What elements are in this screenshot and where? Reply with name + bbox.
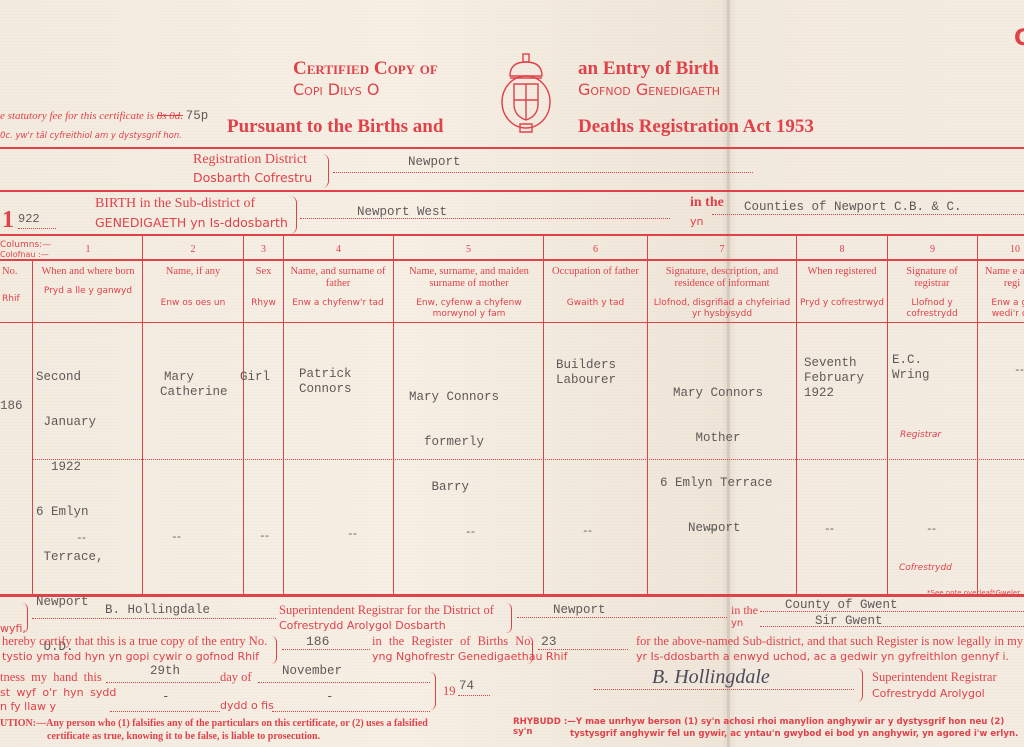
column-header-born: When and where bornPryd a lle y ganwyd xyxy=(38,266,138,297)
corner-letter: C xyxy=(1014,26,1024,51)
cell-when-registered: Seventh February 1922 xyxy=(804,356,864,401)
column-number: 3 xyxy=(244,244,283,255)
column-number: 8 xyxy=(797,244,887,255)
column-header-no: No.Rhif xyxy=(0,266,34,305)
column-number: 7 xyxy=(648,244,796,255)
in-the-label-welsh: yn xyxy=(690,215,703,228)
signature: B. Hollingdale xyxy=(652,666,770,689)
cell-name: Mary Catherine xyxy=(160,370,228,400)
see-note-welsh: *Gweler xyxy=(992,589,1020,597)
year-prefix: 1 xyxy=(2,208,14,232)
legal-text-welsh: yr Is-ddosbarth a enwyd uchod, ac a gedw… xyxy=(636,650,1009,663)
caution-text-1: UTION:—Any person who (1) falsifies any … xyxy=(0,718,428,729)
column-header-registrar: Signature of registrarLlofnod y cofrestr… xyxy=(890,266,974,320)
cell-registrar-signature: E.C. Wring xyxy=(892,353,930,383)
day-of-label-welsh: dydd o fis xyxy=(220,699,274,712)
rule xyxy=(0,147,1024,149)
cell-sex: Girl xyxy=(240,370,270,385)
blank-marker: -- xyxy=(171,532,180,544)
column-header-mother: Name, surname, and maiden surname of mot… xyxy=(398,266,540,320)
registrar-label-welsh: Cofrestrydd xyxy=(899,563,952,573)
column-header-sex: SexRhyw xyxy=(244,266,283,309)
column-number: 5 xyxy=(394,244,543,255)
register-label-welsh: yng Nghofrestr Genedigaethau Rhif xyxy=(372,650,567,663)
column-number: 9 xyxy=(888,244,977,255)
blank-marker: -- xyxy=(582,526,591,538)
blank-marker: -- xyxy=(465,527,474,539)
district-value: Newport xyxy=(408,155,461,170)
royal-coat-of-arms-icon xyxy=(498,52,554,136)
legal-text: for the above-named Sub-district, and th… xyxy=(636,634,1023,649)
fee-text-welsh: 0c. yw'r tâl cyfreithiol am y dystysgrif… xyxy=(0,131,182,141)
cell-mother: Mary Connors formerly Barry xyxy=(409,360,499,510)
column-number: 10 xyxy=(1010,244,1024,255)
county-value: Counties of Newport C.B. & C. xyxy=(744,200,962,215)
certification-district: Newport xyxy=(553,603,606,618)
register-label: in the Register of Births No. xyxy=(372,634,534,649)
cell-father: Patrick Connors xyxy=(299,367,352,397)
day-value: 29th xyxy=(150,664,180,679)
day-of-label: day of xyxy=(220,670,252,685)
in-the-label: in the xyxy=(690,195,724,211)
witness-text-welsh-1: st wyf o'r hyn sydd xyxy=(0,686,116,699)
column-header-father: Name, and surname of fatherEnw a chyfenw… xyxy=(286,266,390,309)
blank-marker: -- xyxy=(707,524,716,536)
blank-marker: -- xyxy=(347,529,356,541)
month-welsh-value: - xyxy=(326,690,334,705)
certify-text-welsh: tystio yma fod hyn yn gopi cywir o gofno… xyxy=(2,650,259,663)
cell-informant: Mary Connors Mother 6 Emlyn Terrace Newp… xyxy=(660,356,773,551)
cell-col10: -- xyxy=(1014,365,1023,377)
entry-number: 186 xyxy=(0,399,23,414)
witness-text: tness my hand this xyxy=(0,670,102,685)
title-certified-copy: Certified Copy of xyxy=(293,58,438,80)
fee-text: e statutory fee for this certificate is … xyxy=(0,109,208,124)
fee-struck: 8s 0d. xyxy=(157,110,183,122)
rule xyxy=(0,234,1024,236)
subtitle-left: Pursuant to the Births and xyxy=(227,116,443,138)
year-prefix-19: 19 xyxy=(443,684,456,699)
cert-in-the: in the xyxy=(731,603,758,618)
superintendent-name: B. Hollingdale xyxy=(105,603,210,618)
caution-text-2: certificate as true, knowing it to be fa… xyxy=(47,731,320,742)
district-label-welsh: Dosbarth Cofrestru xyxy=(193,170,312,185)
sr-label: Superintendent Registrar for the Distric… xyxy=(279,603,494,618)
subdistrict-label-welsh: GENEDIGAETH yn Is-ddosbarth xyxy=(95,215,288,230)
blank-marker: -- xyxy=(259,531,268,543)
certify-text: hereby certify that this is a true copy … xyxy=(2,634,267,649)
sr-label-welsh: Cofrestrydd Arolygol Dosbarth xyxy=(279,619,446,632)
title-gofnod: Gofnod Genedigaeth xyxy=(578,80,720,99)
column-number: 4 xyxy=(284,244,393,255)
cert-entry-no: 186 xyxy=(306,634,329,649)
blank-marker: -- xyxy=(76,533,85,545)
column-header-when-registered: When registeredPryd y cofrestrwyd xyxy=(797,266,887,309)
column-header-col10: Name e after regiEnw a go wedi'r co xyxy=(982,266,1024,320)
rule xyxy=(0,190,1024,192)
title-entry-of-birth: an Entry of Birth xyxy=(578,58,719,80)
cell-when-where-born: Second January 1922 6 Emlyn Terrace, New… xyxy=(36,340,104,670)
column-header-informant: Signature, description, and residence of… xyxy=(652,266,792,320)
fee-value: 75p xyxy=(186,109,209,123)
year-value: 74 xyxy=(459,679,474,694)
registrar-label: Registrar xyxy=(900,430,941,440)
rhybudd-text-2: tystysgrif anghywir fel un gywir, ac ynt… xyxy=(570,729,1018,739)
district-label: Registration District xyxy=(193,152,307,168)
column-number: 2 xyxy=(143,244,243,255)
signature-title: Superintendent Registrar xyxy=(872,670,997,685)
subtitle-right: Deaths Registration Act 1953 xyxy=(578,116,814,138)
witness-text-welsh-2: n fy llaw y xyxy=(0,700,56,713)
register-number: 23 xyxy=(541,634,557,649)
column-number: 6 xyxy=(544,244,647,255)
subdistrict-label: BIRTH in the Sub-district of xyxy=(95,196,255,212)
column-header-occupation: Occupation of fatherGwaith y tad xyxy=(544,266,647,309)
blank-marker: -- xyxy=(824,524,833,536)
column-header-name: Name, if anyEnw os oes un xyxy=(143,266,243,309)
day-welsh-value: - xyxy=(162,690,170,705)
year-suffix: 922 xyxy=(18,212,40,227)
month-value: November xyxy=(282,664,342,679)
column-number: 1 xyxy=(33,244,143,255)
blank-marker: -- xyxy=(926,524,935,536)
title-copi-dilys: Copi Dilys O xyxy=(293,80,379,99)
signature-title-welsh: Cofrestrydd Arolygol xyxy=(872,687,985,700)
cell-occupation: Builders Labourer xyxy=(556,358,616,388)
see-note-overleaf: *See note overleaf xyxy=(927,589,992,597)
cert-in-the-welsh: yn xyxy=(731,618,743,629)
